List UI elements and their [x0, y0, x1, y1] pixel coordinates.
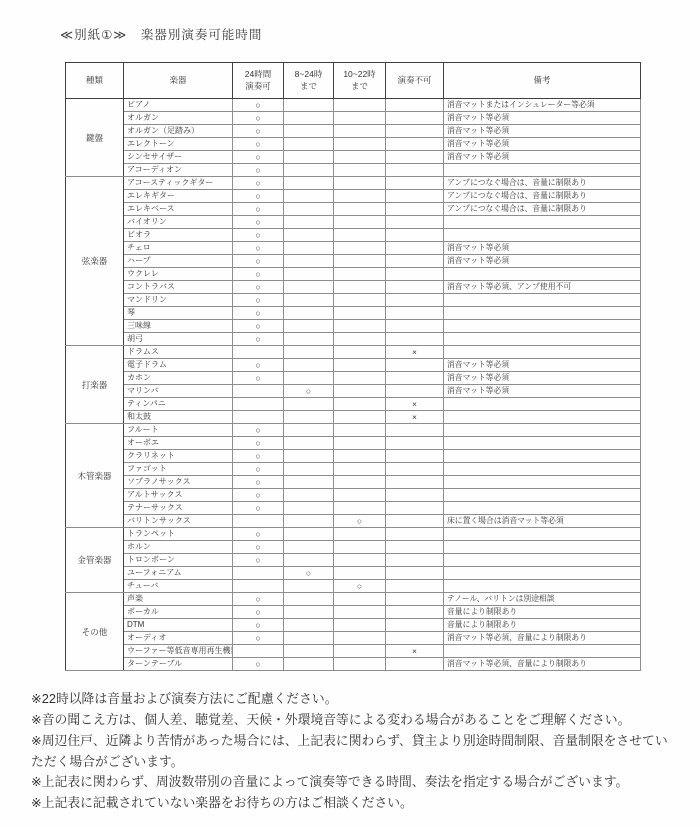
mark-24h-cell: ○ — [233, 606, 284, 619]
instrument-cell: エレキベース — [124, 203, 233, 216]
table-row: ユーフォニアム○ — [66, 567, 641, 580]
mark-8-24-cell — [284, 593, 334, 606]
mark-no-play-cell — [386, 385, 444, 398]
table-row: バリトンサックス○床に置く場合は消音マット等必須 — [66, 515, 641, 528]
instrument-cell: エレキギター — [124, 190, 233, 203]
remarks-cell — [444, 424, 641, 437]
mark-10-22-cell — [334, 151, 386, 164]
mark-24h-cell: ○ — [233, 216, 284, 229]
mark-24h-cell: ○ — [233, 463, 284, 476]
mark-10-22-cell — [334, 216, 386, 229]
mark-24h-cell: ○ — [233, 333, 284, 346]
instrument-cell: ハープ — [124, 255, 233, 268]
instrument-cell: アルトサックス — [124, 489, 233, 502]
mark-8-24-cell — [284, 125, 334, 138]
mark-no-play-cell — [386, 229, 444, 242]
mark-10-22-cell — [334, 645, 386, 658]
table-row: 打楽器ドラムス× — [66, 346, 641, 359]
mark-10-22-cell — [334, 593, 386, 606]
mark-24h-cell: ○ — [233, 372, 284, 385]
instrument-cell: ホルン — [124, 541, 233, 554]
mark-no-play-cell — [386, 606, 444, 619]
instrument-cell: アコースティックギター — [124, 177, 233, 190]
table-row: ソプラノサックス○ — [66, 476, 641, 489]
mark-24h-cell: ○ — [233, 320, 284, 333]
mark-24h-cell: ○ — [233, 658, 284, 671]
mark-10-22-cell — [334, 177, 386, 190]
mark-no-play-cell — [386, 554, 444, 567]
category-cell: 弦楽器 — [66, 177, 124, 346]
mark-10-22-cell — [334, 437, 386, 450]
mark-no-play-cell — [386, 463, 444, 476]
instrument-cell: アコーディオン — [124, 164, 233, 177]
mark-10-22-cell — [334, 528, 386, 541]
mark-10-22-cell — [334, 112, 386, 125]
remarks-cell — [444, 541, 641, 554]
table-row: その他声楽○テノール、バリトンは別途相談 — [66, 593, 641, 606]
table-row: ウーファー等低音専用再生機器× — [66, 645, 641, 658]
mark-8-24-cell — [284, 229, 334, 242]
table-row: クラリネット○ — [66, 450, 641, 463]
mark-24h-cell: ○ — [233, 294, 284, 307]
mark-8-24-cell — [284, 632, 334, 645]
instrument-cell: テナーサックス — [124, 502, 233, 515]
mark-24h-cell: ○ — [233, 424, 284, 437]
footnote-line: ※周辺住戸、近隣より苦情があった場合には、上記表に関わらず、貸主より別途時間制限… — [31, 731, 679, 773]
remarks-cell — [444, 216, 641, 229]
mark-10-22-cell: ○ — [334, 580, 386, 593]
remarks-cell — [444, 567, 641, 580]
remarks-cell: 消音マットまたはインシュレーター等必須 — [444, 99, 641, 112]
table-row: ティンパニ× — [66, 398, 641, 411]
table-row: ビオラ○ — [66, 229, 641, 242]
mark-24h-cell — [233, 346, 284, 359]
header-24h-column: 24時間 演奏可 — [233, 63, 284, 99]
mark-8-24-cell — [284, 294, 334, 307]
instrument-cell: ボーカル — [124, 606, 233, 619]
remarks-cell — [444, 645, 641, 658]
header-instrument-column: 楽器 — [124, 63, 233, 99]
instrument-cell: コントラバス — [124, 281, 233, 294]
mark-24h-cell: ○ — [233, 151, 284, 164]
mark-no-play-cell — [386, 450, 444, 463]
instrument-cell: ビオラ — [124, 229, 233, 242]
mark-10-22-cell — [334, 632, 386, 645]
mark-no-play-cell — [386, 489, 444, 502]
mark-24h-cell: ○ — [233, 268, 284, 281]
mark-no-play-cell — [386, 619, 444, 632]
instrument-cell: ピアノ — [124, 99, 233, 112]
mark-no-play-cell — [386, 138, 444, 151]
mark-no-play-cell — [386, 437, 444, 450]
mark-24h-cell: ○ — [233, 307, 284, 320]
mark-no-play-cell — [386, 125, 444, 138]
mark-8-24-cell — [284, 138, 334, 151]
mark-10-22-cell — [334, 333, 386, 346]
mark-24h-cell — [233, 645, 284, 658]
mark-24h-cell — [233, 515, 284, 528]
remarks-cell — [444, 164, 641, 177]
mark-8-24-cell — [284, 255, 334, 268]
mark-8-24-cell — [284, 320, 334, 333]
table-row: アコーディオン○ — [66, 164, 641, 177]
mark-24h-cell: ○ — [233, 164, 284, 177]
instrument-cell: ウクレレ — [124, 268, 233, 281]
table-row: 琴○ — [66, 307, 641, 320]
instrument-cell: シンセサイザー — [124, 151, 233, 164]
remarks-cell — [444, 489, 641, 502]
remarks-cell — [444, 502, 641, 515]
footnotes-section: ※22時以降は音量および演奏方法にご配慮ください。※音の聞こえ方は、個人差、聴覚… — [31, 689, 679, 814]
header-remarks-column: 備考 — [444, 63, 641, 99]
table-row: 三味線○ — [66, 320, 641, 333]
mark-24h-cell: ○ — [233, 450, 284, 463]
mark-8-24-cell — [284, 359, 334, 372]
mark-8-24-cell — [284, 515, 334, 528]
mark-no-play-cell — [386, 190, 444, 203]
mark-8-24-cell — [284, 177, 334, 190]
instrument-cell: DTM — [124, 619, 233, 632]
instrument-cell: ティンパニ — [124, 398, 233, 411]
remarks-cell — [444, 528, 641, 541]
mark-8-24-cell — [284, 606, 334, 619]
mark-24h-cell: ○ — [233, 229, 284, 242]
mark-no-play-cell: × — [386, 346, 444, 359]
remarks-cell: 消音マット等必須 — [444, 151, 641, 164]
mark-24h-cell — [233, 580, 284, 593]
remarks-cell: 消音マット等必須 — [444, 242, 641, 255]
mark-8-24-cell — [284, 411, 334, 424]
mark-8-24-cell — [284, 242, 334, 255]
instrument-cell: ファゴット — [124, 463, 233, 476]
remarks-cell: 消音マット等必須 — [444, 255, 641, 268]
footnote-line: ※22時以降は音量および演奏方法にご配慮ください。 — [31, 689, 679, 710]
table-row: オルガン（足踏み）○消音マット等必須 — [66, 125, 641, 138]
remarks-cell: 消音マット等必須、音量により制限あり — [444, 632, 641, 645]
mark-24h-cell: ○ — [233, 138, 284, 151]
mark-no-play-cell — [386, 580, 444, 593]
mark-8-24-cell — [284, 580, 334, 593]
mark-no-play-cell: × — [386, 398, 444, 411]
table-row: オーボエ○ — [66, 437, 641, 450]
mark-10-22-cell: ○ — [334, 515, 386, 528]
remarks-cell — [444, 320, 641, 333]
mark-8-24-cell — [284, 216, 334, 229]
mark-8-24-cell — [284, 476, 334, 489]
table-row: ホルン○ — [66, 541, 641, 554]
mark-10-22-cell — [334, 541, 386, 554]
instrument-cell: チューバ — [124, 580, 233, 593]
instrument-cell: オルガン（足踏み） — [124, 125, 233, 138]
remarks-cell — [444, 268, 641, 281]
header-type-column: 種類 — [66, 63, 124, 99]
table-row: エレキギター○アンプにつなぐ場合は、音量に制限あり — [66, 190, 641, 203]
mark-no-play-cell — [386, 658, 444, 671]
mark-10-22-cell — [334, 255, 386, 268]
remarks-cell: 消音マット等必須 — [444, 359, 641, 372]
mark-no-play-cell — [386, 567, 444, 580]
mark-24h-cell: ○ — [233, 242, 284, 255]
table-row: エレクトーン○消音マット等必須 — [66, 138, 641, 151]
remarks-cell: 音量により制限あり — [444, 619, 641, 632]
mark-no-play-cell — [386, 320, 444, 333]
mark-24h-cell: ○ — [233, 359, 284, 372]
mark-24h-cell: ○ — [233, 177, 284, 190]
mark-8-24-cell — [284, 658, 334, 671]
mark-no-play-cell — [386, 632, 444, 645]
mark-no-play-cell — [386, 164, 444, 177]
remarks-cell — [444, 463, 641, 476]
mark-8-24-cell — [284, 268, 334, 281]
mark-24h-cell: ○ — [233, 99, 284, 112]
mark-10-22-cell — [334, 125, 386, 138]
mark-10-22-cell — [334, 320, 386, 333]
remarks-cell — [444, 437, 641, 450]
instrument-cell: 電子ドラム — [124, 359, 233, 372]
table-row: トロンボーン○ — [66, 554, 641, 567]
remarks-cell: 消音マット等必須 — [444, 125, 641, 138]
mark-no-play-cell — [386, 203, 444, 216]
remarks-cell — [444, 333, 641, 346]
mark-10-22-cell — [334, 606, 386, 619]
remarks-cell — [444, 346, 641, 359]
instrument-cell: ユーフォニアム — [124, 567, 233, 580]
mark-no-play-cell — [386, 359, 444, 372]
mark-no-play-cell — [386, 307, 444, 320]
remarks-cell: 消音マット等必須 — [444, 138, 641, 151]
remarks-cell: 消音マット等必須 — [444, 385, 641, 398]
remarks-cell: テノール、バリトンは別途相談 — [444, 593, 641, 606]
mark-no-play-cell — [386, 593, 444, 606]
remarks-cell — [444, 294, 641, 307]
mark-24h-cell: ○ — [233, 476, 284, 489]
mark-8-24-cell — [284, 398, 334, 411]
footnote-line: ※音の聞こえ方は、個人差、聴覚差、天候・外環境音等による変わる場合があることをご… — [31, 710, 679, 731]
mark-no-play-cell: × — [386, 411, 444, 424]
table-header-row: 種類 楽器 24時間 演奏可 8~24時 まで 10~22時 まで 演奏不可 備… — [66, 63, 641, 99]
instrument-cell: ドラムス — [124, 346, 233, 359]
table-row: 鍵盤ピアノ○消音マットまたはインシュレーター等必須 — [66, 99, 641, 112]
mark-no-play-cell — [386, 216, 444, 229]
mark-8-24-cell — [284, 372, 334, 385]
instrument-cell: 三味線 — [124, 320, 233, 333]
mark-no-play-cell — [386, 255, 444, 268]
mark-10-22-cell — [334, 268, 386, 281]
mark-10-22-cell — [334, 164, 386, 177]
mark-10-22-cell — [334, 476, 386, 489]
remarks-cell: 音量により制限あり — [444, 606, 641, 619]
mark-8-24-cell — [284, 528, 334, 541]
mark-10-22-cell — [334, 190, 386, 203]
remarks-cell — [444, 307, 641, 320]
table-body: 鍵盤ピアノ○消音マットまたはインシュレーター等必須オルガン○消音マット等必須オル… — [66, 99, 641, 671]
table-row: 弦楽器アコースティックギター○アンプにつなぐ場合は、音量に制限あり — [66, 177, 641, 190]
category-cell: 打楽器 — [66, 346, 124, 424]
remarks-cell — [444, 229, 641, 242]
table-row: チェロ○消音マット等必須 — [66, 242, 641, 255]
mark-8-24-cell — [284, 437, 334, 450]
mark-no-play-cell — [386, 177, 444, 190]
mark-24h-cell: ○ — [233, 281, 284, 294]
instrument-cell: クラリネット — [124, 450, 233, 463]
mark-8-24-cell — [284, 645, 334, 658]
remarks-cell — [444, 554, 641, 567]
remarks-cell — [444, 580, 641, 593]
mark-no-play-cell — [386, 281, 444, 294]
remarks-cell: 消音マット等必須 — [444, 112, 641, 125]
mark-24h-cell: ○ — [233, 502, 284, 515]
mark-8-24-cell — [284, 450, 334, 463]
instrument-cell: カホン — [124, 372, 233, 385]
header-10-22-column: 10~22時 まで — [334, 63, 386, 99]
mark-24h-cell — [233, 398, 284, 411]
remarks-cell — [444, 411, 641, 424]
footnote-line: ※上記表に関わらず、周波数帯別の音量によって演奏等できる時間、奏法を指定する場合… — [31, 772, 679, 793]
table-row: 胡弓○ — [66, 333, 641, 346]
mark-no-play-cell — [386, 99, 444, 112]
table-row: ボーカル○音量により制限あり — [66, 606, 641, 619]
mark-8-24-cell — [284, 502, 334, 515]
mark-10-22-cell — [334, 346, 386, 359]
mark-8-24-cell — [284, 99, 334, 112]
mark-8-24-cell — [284, 333, 334, 346]
mark-10-22-cell — [334, 203, 386, 216]
table-row: ウクレレ○ — [66, 268, 641, 281]
mark-10-22-cell — [334, 424, 386, 437]
mark-10-22-cell — [334, 658, 386, 671]
instrument-cell: 胡弓 — [124, 333, 233, 346]
mark-10-22-cell — [334, 450, 386, 463]
mark-no-play-cell — [386, 242, 444, 255]
category-cell: その他 — [66, 593, 124, 671]
mark-24h-cell: ○ — [233, 125, 284, 138]
mark-10-22-cell — [334, 372, 386, 385]
remarks-cell: アンプにつなぐ場合は、音量に制限あり — [444, 203, 641, 216]
instrument-cell: ウーファー等低音専用再生機器 — [124, 645, 233, 658]
remarks-cell: 消音マット等必須 — [444, 372, 641, 385]
table-row: DTM○音量により制限あり — [66, 619, 641, 632]
remarks-cell: 消音マット等必須、アンプ使用不可 — [444, 281, 641, 294]
table-row: ターンテーブル○消音マット等必須、音量により制限あり — [66, 658, 641, 671]
mark-24h-cell: ○ — [233, 541, 284, 554]
instrument-cell: トランペット — [124, 528, 233, 541]
category-cell: 木管楽器 — [66, 424, 124, 528]
mark-8-24-cell: ○ — [284, 385, 334, 398]
mark-24h-cell: ○ — [233, 489, 284, 502]
mark-no-play-cell: × — [386, 645, 444, 658]
mark-24h-cell: ○ — [233, 632, 284, 645]
remarks-cell: アンプにつなぐ場合は、音量に制限あり — [444, 177, 641, 190]
remarks-cell: 床に置く場合は消音マット等必須 — [444, 515, 641, 528]
mark-no-play-cell — [386, 372, 444, 385]
table-row: カホン○消音マット等必須 — [66, 372, 641, 385]
table-row: 電子ドラム○消音マット等必須 — [66, 359, 641, 372]
mark-8-24-cell — [284, 281, 334, 294]
instrument-cell: 和太鼓 — [124, 411, 233, 424]
document-page: ≪別紙①≫ 楽器別演奏可能時間 種類 楽器 24時間 演奏可 8~24時 まで … — [0, 0, 700, 828]
mark-10-22-cell — [334, 619, 386, 632]
table-row: 和太鼓× — [66, 411, 641, 424]
category-cell: 鍵盤 — [66, 99, 124, 177]
mark-10-22-cell — [334, 463, 386, 476]
mark-8-24-cell — [284, 489, 334, 502]
mark-10-22-cell — [334, 398, 386, 411]
table-row: オルガン○消音マット等必須 — [66, 112, 641, 125]
instrument-cell: マンドリン — [124, 294, 233, 307]
instrument-cell: トロンボーン — [124, 554, 233, 567]
table-row: マンドリン○ — [66, 294, 641, 307]
mark-24h-cell: ○ — [233, 112, 284, 125]
footnote-line: ※上記表に記載されていない楽器をお待ちの方はご相談ください。 — [31, 793, 679, 814]
table-row: オーディオ○消音マット等必須、音量により制限あり — [66, 632, 641, 645]
mark-no-play-cell — [386, 502, 444, 515]
mark-24h-cell: ○ — [233, 255, 284, 268]
remarks-cell — [444, 398, 641, 411]
mark-10-22-cell — [334, 242, 386, 255]
table-row: ファゴット○ — [66, 463, 641, 476]
table-row: エレキベース○アンプにつなぐ場合は、音量に制限あり — [66, 203, 641, 216]
instrument-cell: オルガン — [124, 112, 233, 125]
table-row: 木管楽器フルート○ — [66, 424, 641, 437]
remarks-cell — [444, 476, 641, 489]
mark-8-24-cell: ○ — [284, 567, 334, 580]
mark-10-22-cell — [334, 489, 386, 502]
instrument-cell: バリトンサックス — [124, 515, 233, 528]
mark-24h-cell — [233, 411, 284, 424]
mark-24h-cell — [233, 567, 284, 580]
mark-no-play-cell — [386, 268, 444, 281]
mark-10-22-cell — [334, 229, 386, 242]
mark-8-24-cell — [284, 307, 334, 320]
mark-8-24-cell — [284, 151, 334, 164]
header-no-play-column: 演奏不可 — [386, 63, 444, 99]
mark-no-play-cell — [386, 294, 444, 307]
mark-8-24-cell — [284, 190, 334, 203]
table-row: シンセサイザー○消音マット等必須 — [66, 151, 641, 164]
table-row: ハープ○消音マット等必須 — [66, 255, 641, 268]
instrument-cell: オーボエ — [124, 437, 233, 450]
table-row: テナーサックス○ — [66, 502, 641, 515]
mark-8-24-cell — [284, 164, 334, 177]
mark-24h-cell: ○ — [233, 190, 284, 203]
mark-8-24-cell — [284, 203, 334, 216]
instrument-cell: 声楽 — [124, 593, 233, 606]
mark-10-22-cell — [334, 138, 386, 151]
mark-10-22-cell — [334, 281, 386, 294]
instrument-cell: エレクトーン — [124, 138, 233, 151]
instrument-cell: 琴 — [124, 307, 233, 320]
instrument-cell: バイオリン — [124, 216, 233, 229]
mark-8-24-cell — [284, 346, 334, 359]
mark-24h-cell: ○ — [233, 619, 284, 632]
mark-10-22-cell — [334, 99, 386, 112]
mark-8-24-cell — [284, 112, 334, 125]
table-row: 金管楽器トランペット○ — [66, 528, 641, 541]
mark-no-play-cell — [386, 541, 444, 554]
mark-24h-cell — [233, 385, 284, 398]
mark-no-play-cell — [386, 515, 444, 528]
mark-8-24-cell — [284, 619, 334, 632]
table-row: マリンバ○消音マット等必須 — [66, 385, 641, 398]
instrument-schedule-table: 種類 楽器 24時間 演奏可 8~24時 まで 10~22時 まで 演奏不可 備… — [65, 62, 641, 671]
page-title: ≪別紙①≫ 楽器別演奏可能時間 — [60, 25, 262, 43]
mark-24h-cell: ○ — [233, 203, 284, 216]
mark-no-play-cell — [386, 528, 444, 541]
remarks-cell — [444, 450, 641, 463]
mark-no-play-cell — [386, 476, 444, 489]
mark-10-22-cell — [334, 294, 386, 307]
instrument-cell: フルート — [124, 424, 233, 437]
